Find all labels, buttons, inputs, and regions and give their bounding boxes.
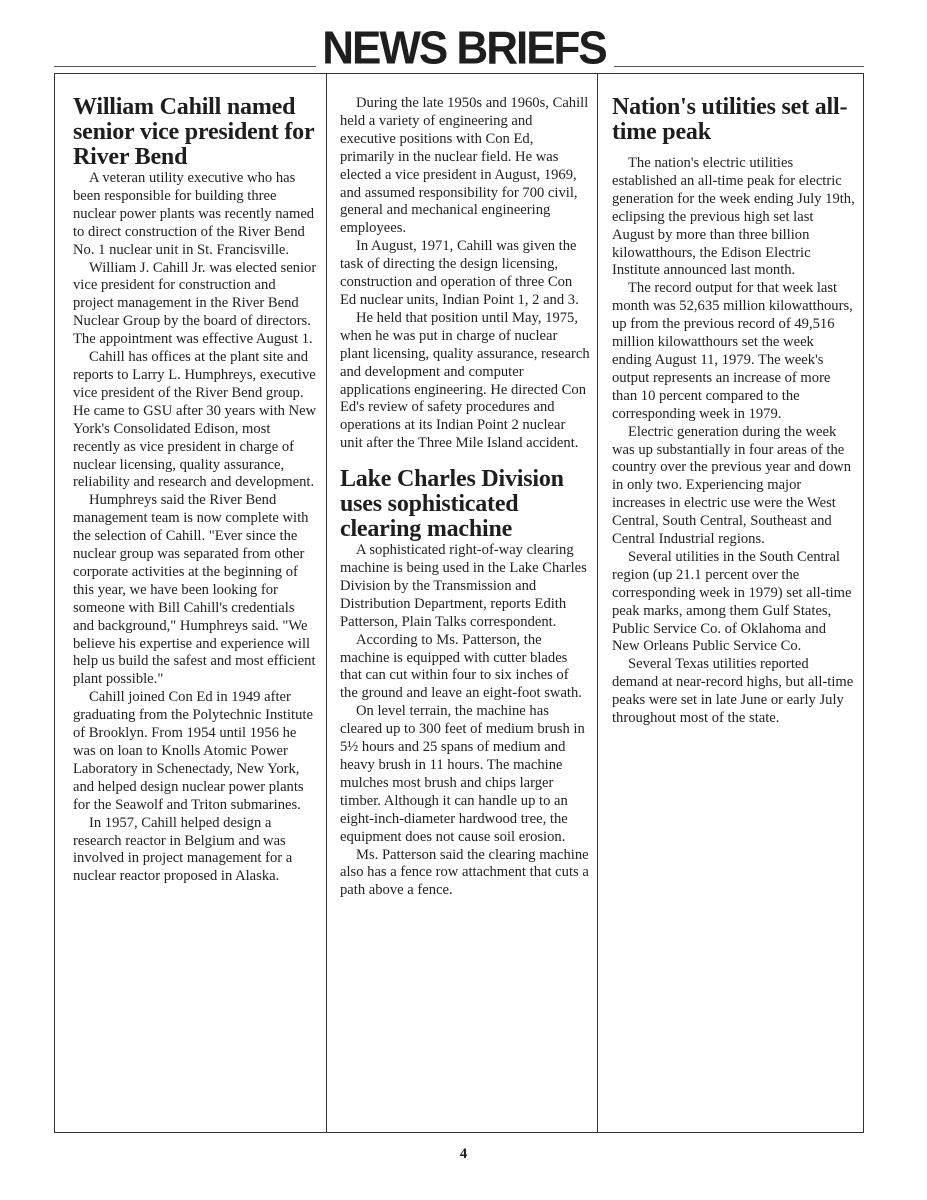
page-number: 4 <box>0 1146 927 1163</box>
article-paragraph: The record output for that week last mon… <box>612 280 857 423</box>
column-3: Nation's utilities set all-time peak The… <box>612 95 857 728</box>
column-divider-1 <box>326 73 327 1133</box>
masthead-rule-left <box>54 66 316 67</box>
article-paragraph: A veteran utility executive who has been… <box>73 170 319 260</box>
article-paragraph: Several Texas utilities reported demand … <box>612 656 857 728</box>
column-2: During the late 1950s and 1960s, Cahill … <box>340 95 590 900</box>
article-paragraph: In August, 1971, Cahill was given the ta… <box>340 238 590 310</box>
masthead-rule-right <box>614 66 864 67</box>
article-paragraph: On level terrain, the machine has cleare… <box>340 703 590 846</box>
article-paragraph: Cahill joined Con Ed in 1949 after gradu… <box>73 689 319 814</box>
article-headline-clearing-machine: Lake Charles Division uses sophisticated… <box>340 467 590 542</box>
masthead: NEWS BRIEFS <box>0 14 927 74</box>
article-paragraph: Cahill has offices at the plant site and… <box>73 349 319 492</box>
column-1: William Cahill named senior vice preside… <box>73 95 319 886</box>
article-paragraph: He held that position until May, 1975, w… <box>340 310 590 453</box>
article-paragraph: Ms. Patterson said the clearing machine … <box>340 847 590 901</box>
article-headline-utilities-peak: Nation's utilities set all-time peak <box>612 95 857 145</box>
article-paragraph: The nation's electric utilities establis… <box>612 155 857 280</box>
article-paragraph: Humphreys said the River Bend management… <box>73 492 319 689</box>
article-paragraph: Electric generation during the week was … <box>612 424 857 549</box>
article-paragraph: In 1957, Cahill helped design a research… <box>73 815 319 887</box>
page-title: NEWS BRIEFS <box>318 23 610 76</box>
article-paragraph: A sophisticated right-of-way clearing ma… <box>340 542 590 632</box>
article-headline-cahill: William Cahill named senior vice preside… <box>73 95 319 170</box>
article-paragraph: Several utilities in the South Central r… <box>612 549 857 656</box>
column-divider-2 <box>597 73 598 1133</box>
article-paragraph: William J. Cahill Jr. was elected senior… <box>73 260 319 350</box>
article-paragraph: According to Ms. Patterson, the machine … <box>340 632 590 704</box>
article-paragraph: During the late 1950s and 1960s, Cahill … <box>340 95 590 238</box>
